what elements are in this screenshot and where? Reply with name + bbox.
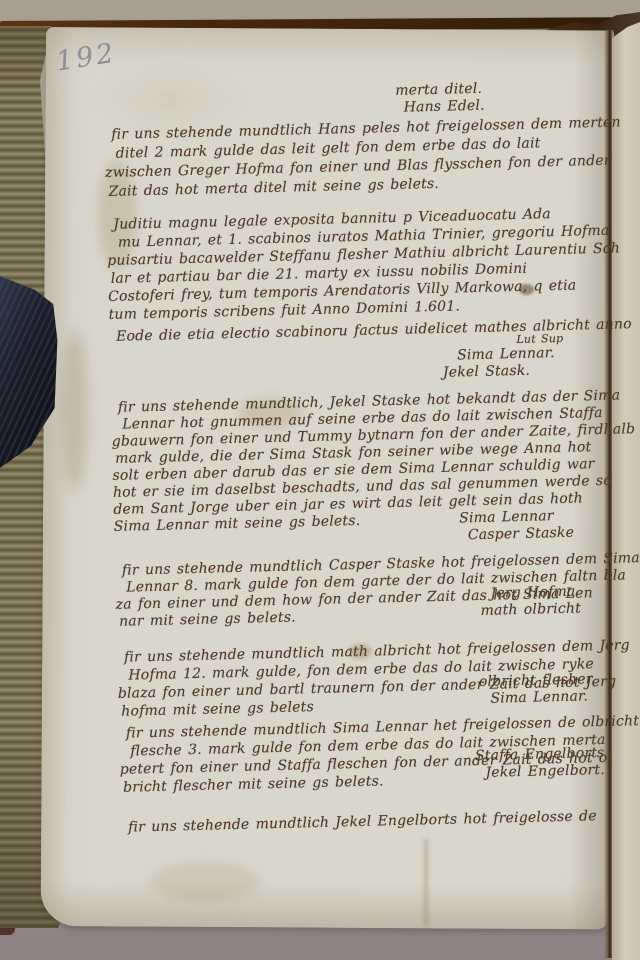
register-entry: fir uns stehende mundtlich Hans peles ho… <box>104 114 608 202</box>
register-entry: Juditiu magnu legale exposita bannitu p … <box>106 204 610 324</box>
register-entry: fir uns stehende mundtlich, Jekel Staske… <box>111 388 617 553</box>
manuscript-photo: 192 merta ditel. Hans Edel. fir uns steh… <box>0 0 640 960</box>
register-entry: fir uns stehende mundtlich math albricht… <box>117 637 621 717</box>
entry-lines: fir uns stehende mundtlich Hans peles ho… <box>104 114 608 202</box>
entry-lines: Juditiu magnu legale exposita bannitu p … <box>106 204 610 324</box>
register-entry: fir uns stehende mundtlich Casper Staske… <box>115 551 618 629</box>
heading-line: merta ditel. <box>395 81 484 100</box>
register-entry: fir uns stehende mundtlich Sima Lennar h… <box>119 713 622 791</box>
entry-heading: merta ditel. Hans Edel. <box>395 81 485 117</box>
heading-line: Hans Edel. <box>403 98 485 117</box>
entries: fir uns stehende mundtlich Hans peles ho… <box>104 114 623 837</box>
register-entry: Eode die etia electio scabinoru factus u… <box>109 316 612 390</box>
manuscript-text: merta ditel. Hans Edel. fir uns stehende… <box>104 114 623 837</box>
